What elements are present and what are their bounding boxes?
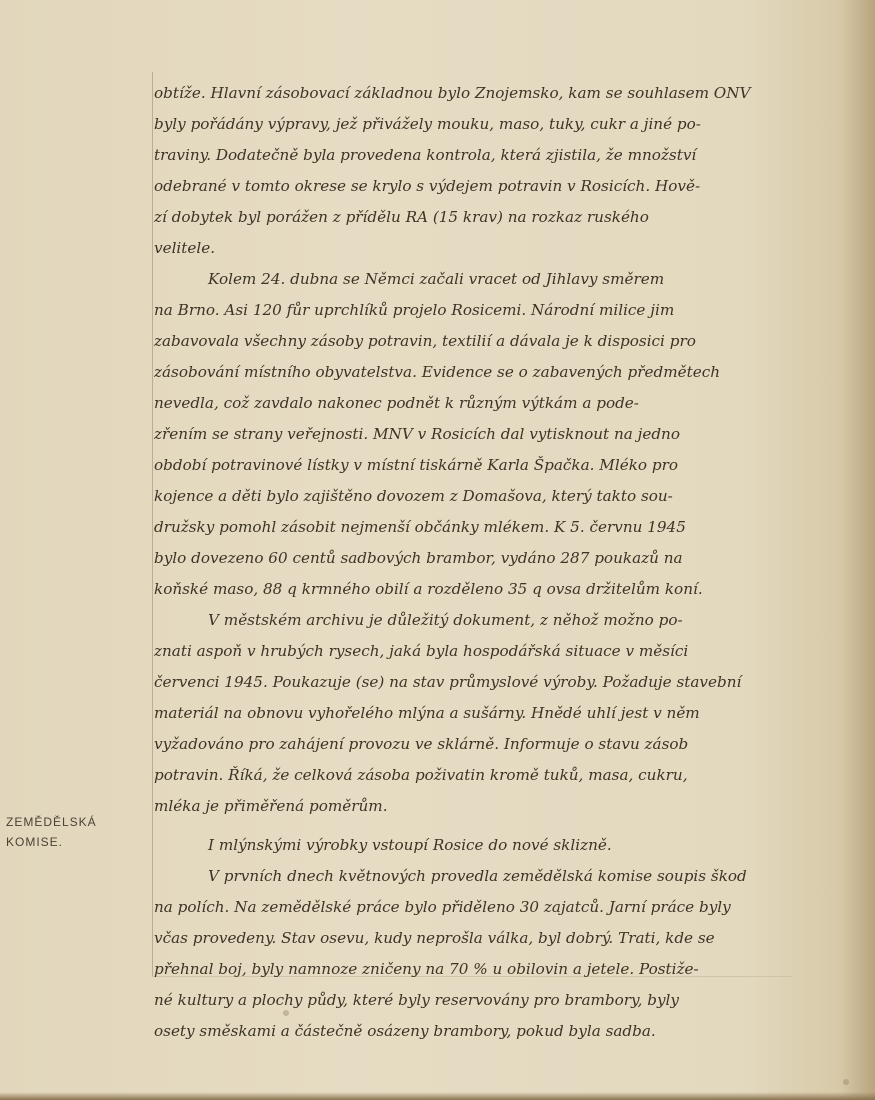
text-line: materiál na obnovu vyhořelého mlýna a su… — [154, 698, 834, 729]
text-line: zabavovala všechny zásoby potravin, text… — [154, 326, 834, 357]
handwritten-text: obtíže. Hlavní zásobovací základnou bylo… — [154, 78, 834, 1047]
text-line: V prvních dnech květnových provedla země… — [154, 861, 834, 892]
text-line: přehnal boj, byly namnoze zničeny na 70 … — [154, 954, 834, 985]
text-line: červenci 1945. Poukazuje (se) na stav pr… — [154, 667, 834, 698]
paragraph: Kolem 24. dubna se Němci začali vracet o… — [154, 264, 834, 605]
text-line: odebrané v tomto okrese se krylo s výdej… — [154, 171, 834, 202]
text-line: osety směskami a částečně osázeny brambo… — [154, 1016, 834, 1047]
text-line: zřením se strany veřejnosti. MNV v Rosic… — [154, 419, 834, 450]
text-line: byly pořádány výpravy, jež přivážely mou… — [154, 109, 834, 140]
text-line: velitele. — [154, 233, 834, 264]
text-line: nevedla, což zavdalo nakonec podnět k rů… — [154, 388, 834, 419]
text-line: na polích. Na zemědělské práce bylo přid… — [154, 892, 834, 923]
text-line: né kultury a plochy půdy, které byly res… — [154, 985, 834, 1016]
text-line: koňské maso, 88 q krmného obilí a rozděl… — [154, 574, 834, 605]
text-line: potravin. Říká, že celková zásoba poživa… — [154, 760, 834, 791]
text-line: bylo dovezeno 60 centů sadbových brambor… — [154, 543, 834, 574]
manuscript-page: ZEMĚDĚLSKÁ KOMISE. obtíže. Hlavní zásobo… — [0, 0, 875, 1100]
margin-note: ZEMĚDĚLSKÁ KOMISE. — [6, 812, 146, 852]
text-line: vyžadováno pro zahájení provozu ve sklár… — [154, 729, 834, 760]
text-line: zásobování místního obyvatelstva. Eviden… — [154, 357, 834, 388]
margin-note-line: KOMISE. — [6, 832, 146, 852]
text-line: Kolem 24. dubna se Němci začali vracet o… — [154, 264, 834, 295]
text-line: obtíže. Hlavní zásobovací základnou bylo… — [154, 78, 834, 109]
paragraph: obtíže. Hlavní zásobovací základnou bylo… — [154, 78, 834, 264]
text-line: družsky pomohl zásobit nejmenší občánky … — [154, 512, 834, 543]
left-margin-rule — [152, 72, 153, 977]
text-line: zí dobytek byl porážen z přídělu RA (15 … — [154, 202, 834, 233]
paragraph: I mlýnskými výrobky vstoupí Rosice do no… — [154, 830, 834, 861]
paragraph: V městském archivu je důležitý dokument,… — [154, 605, 834, 822]
text-line: kojence a děti bylo zajištěno dovozem z … — [154, 481, 834, 512]
text-line: na Brno. Asi 120 fůr uprchlíků projelo R… — [154, 295, 834, 326]
text-line: včas provedeny. Stav osevu, kudy neprošl… — [154, 923, 834, 954]
text-line: V městském archivu je důležitý dokument,… — [154, 605, 834, 636]
paper-spot — [843, 1079, 849, 1085]
text-line: mléka je přiměřená poměrům. — [154, 791, 834, 822]
text-line: znati aspoň v hrubých rysech, jaká byla … — [154, 636, 834, 667]
text-line: traviny. Dodatečně byla provedena kontro… — [154, 140, 834, 171]
paragraph: V prvních dnech květnových provedla země… — [154, 861, 834, 1047]
margin-note-line: ZEMĚDĚLSKÁ — [6, 812, 146, 832]
text-line: I mlýnskými výrobky vstoupí Rosice do no… — [154, 830, 834, 861]
paragraph-gap — [154, 822, 834, 830]
text-line: období potravinové lístky v místní tiská… — [154, 450, 834, 481]
